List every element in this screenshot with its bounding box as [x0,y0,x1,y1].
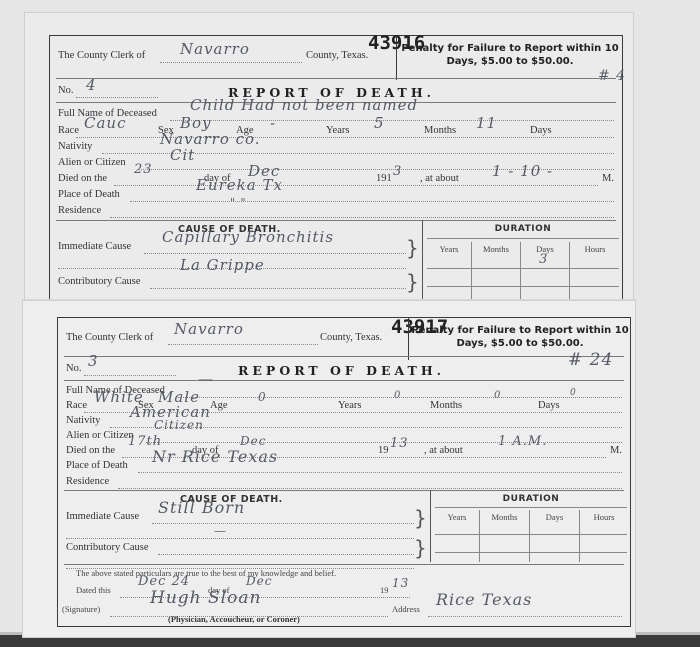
penalty-notice: Penalty for Failure to Report within 10 … [396,36,623,80]
signature-value: Hugh Sloan [150,588,261,608]
nativity-label: Nativity [66,415,100,426]
full-name-value: — [198,370,214,388]
place-of-death-value: Nr Rice Texas [152,447,278,466]
county-suffix: County, Texas. [306,50,368,61]
alien-citizen-label: Alien or Citizen [66,430,134,441]
meridian-label: M. [602,173,614,184]
immediate-cause-value: Capillary Bronchitis [162,228,334,246]
duration-title: DURATION [423,224,623,234]
penalty-line-2: Days, $5.00 to $50.00. [397,55,623,68]
death-certificate-43916: 43916 The County Clerk of Navarro County… [24,12,634,310]
duration-header-years: Years [435,512,479,522]
contributory-cause-value: — [214,524,227,538]
brace: } [414,508,427,528]
race-row-line [76,127,614,138]
duration-header-hours: Hours [580,512,628,522]
duration-header-months: Months [480,512,529,522]
penalty-line-2: Days, $5.00 to $50.00. [409,337,631,350]
divider [435,552,627,553]
brace: } [414,538,427,558]
immediate-cause-value: Still Born [158,498,245,517]
attestation-text: The above stated particulars are true to… [76,568,336,578]
place-of-death-label: Place of Death [66,460,128,471]
duration-header-days: Days [530,512,579,522]
died-month-value: Dec [240,434,266,448]
nativity-label: Nativity [58,141,92,152]
divider [64,564,624,565]
place-of-death-value: Eureka Tx [196,176,283,194]
days-value: 0 [570,388,577,398]
duration-header-hours: Hours [570,244,620,254]
duration-table: DURATION Years Months Days Hours [430,490,631,562]
corner-note: # 4 [598,68,626,84]
number-label: No. [66,363,81,374]
penalty-line-1: Penalty for Failure to Report within 10 [397,42,623,55]
dated-month-value: Dec [246,574,272,588]
divider [427,268,619,269]
dated-label: Dated this [76,585,111,595]
divider [427,286,619,287]
number-value: 3 [88,352,99,370]
contributory-cause-value: La Grippe [180,256,265,274]
residence-line [118,478,622,489]
divider [435,507,627,508]
divider [64,380,624,381]
died-on-label: Died on the [66,445,115,456]
residence-label: Residence [58,205,101,216]
duration-days-value: 3 [539,252,548,267]
residence-label: Residence [66,476,109,487]
place-of-death-label: Place of Death [58,189,120,200]
contributory-cause-line [158,544,414,555]
months-value: 0 [494,390,501,401]
duration-table: DURATION Years Months Days Hours 3 [422,220,623,302]
penalty-line-1: Penalty for Failure to Report within 10 [409,324,631,337]
duration-header-years: Years [427,244,471,254]
signature-label: (Signature) [62,604,100,614]
alien-citizen-value: Cit [170,146,195,164]
full-name-value: Child Had not been named [190,96,418,114]
immediate-cause-label: Immediate Cause [66,511,139,522]
number-label: No. [58,85,73,96]
county-clerk-label: The County Clerk of [66,332,153,343]
alien-citizen-line [146,432,622,443]
residence-value: " " [230,196,247,209]
report-title: REPORT OF DEATH. [238,363,445,378]
contributory-cause-line [150,278,406,289]
duration-header-months: Months [472,244,520,254]
alien-citizen-label: Alien or Citizen [58,157,126,168]
corner-note: # 24 [568,350,613,370]
county-suffix: County, Texas. [320,332,382,343]
form-frame: 43917 The County Clerk of Navarro County… [57,317,631,627]
divider [56,78,616,79]
brace: } [406,272,419,292]
divider [427,238,619,239]
signature-note: (Physician, Accoucheur, or Coroner) [168,614,300,624]
address-value: Rice Texas [436,590,532,609]
address-label: Address [392,604,420,614]
died-on-label: Died on the [58,173,107,184]
death-certificate-43917: 43917 The County Clerk of Navarro County… [22,300,636,638]
brace: } [406,238,419,258]
meridian-label: M. [610,445,622,456]
alien-citizen-value: Citizen [154,418,204,432]
county-value: Navarro [174,320,244,338]
contributory-cause-label: Contributory Cause [66,542,149,553]
number-value: 4 [86,76,97,94]
died-on-line [114,175,598,186]
county-clerk-label: The County Clerk of [58,50,145,61]
immediate-cause-line-2 [66,528,414,539]
immediate-cause-label: Immediate Cause [58,241,131,252]
residence-line [110,207,614,218]
duration-title: DURATION [431,494,631,504]
years-value: 0 [394,390,401,401]
divider [64,356,624,357]
form-frame: 43916 The County Clerk of Navarro County… [49,35,623,336]
divider [435,534,627,535]
contributory-cause-label: Contributory Cause [58,276,141,287]
county-value: Navarro [180,40,250,58]
